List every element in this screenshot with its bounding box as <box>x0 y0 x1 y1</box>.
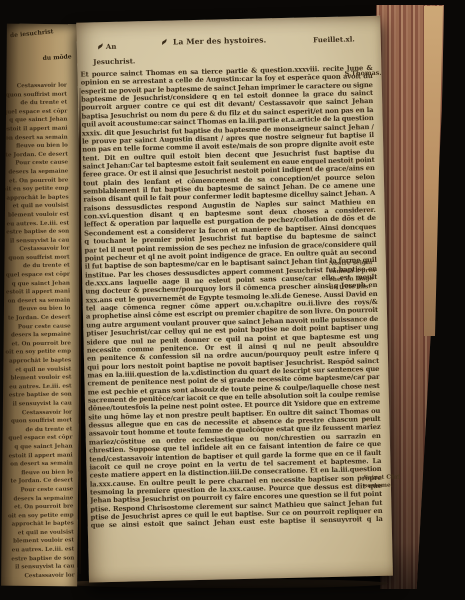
book-photograph: de iesuchrist du mōde Cestassavoir lorqu… <box>0 0 465 600</box>
margin-note-chrysostome: Sainct Chrisostome. <box>364 473 410 490</box>
book-fore-edge-outer <box>424 6 444 336</box>
gutter-crease-line <box>79 88 81 574</box>
margin-note-saint-thomas: S.Thomas. <box>344 69 381 78</box>
margin-note-preaching-age: Nostre seigñrcōmēca a prescher en laaged… <box>329 259 384 292</box>
main-text-block: Et pource sainct Thomas en sa tierce par… <box>80 64 382 530</box>
fleuron-icon <box>161 39 168 46</box>
page-title: La Mer des hystoires. <box>77 33 351 48</box>
year-column-header-right: Jesuchrist. <box>93 56 135 66</box>
facing-page-year-label: du mōde <box>42 53 71 62</box>
facing-page-sliver: de iesuchrist du mōde Cestassavoir lorqu… <box>1 24 83 587</box>
page-title-text: La Mer des hystoires. <box>173 35 267 46</box>
margin-note-line: de trēte ans. <box>329 283 383 292</box>
book-page: An Jesuchrist. La Mer des hystoires. Fue… <box>76 16 393 583</box>
facing-page-header: de iesuchrist <box>10 26 80 40</box>
facing-page-text: Cestassavoir lorquon souffrist mortde du… <box>1 81 82 581</box>
facing-text-fragment: Cestassavoir lor <box>8 571 82 581</box>
margin-note-line: sostome. <box>364 481 410 490</box>
folio-number: Fueillet.xl. <box>313 34 355 44</box>
